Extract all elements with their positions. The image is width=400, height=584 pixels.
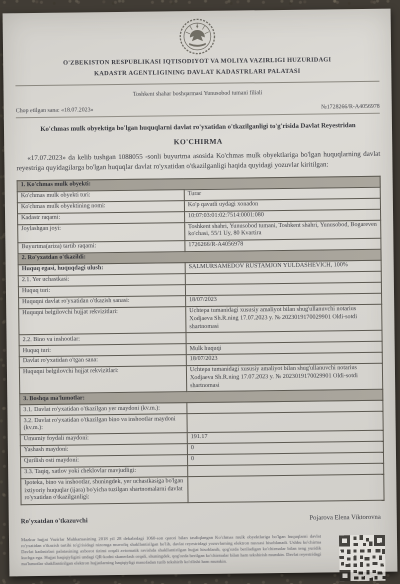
table-row: Ipoteka, bino va inshootlar, shuningdek,… bbox=[21, 474, 384, 505]
row-value: Uchtepa tumanidagi xususiy amaliyot bila… bbox=[186, 364, 382, 393]
header-divider bbox=[15, 81, 379, 86]
document-title: Ko'chmas mulk obyektiga bo'lgan huquqlar… bbox=[22, 121, 374, 135]
signature-row: Ro'yxatdan o'tkazuvchi Pojarova Elena Vi… bbox=[21, 514, 385, 525]
footer-block: Mazkur hujjat Vazirlar Mahkamasining 201… bbox=[21, 533, 386, 584]
uzbekistan-state-emblem-icon bbox=[178, 18, 215, 55]
legal-fine-print: Mazkur hujjat Vazirlar Mahkamasining 201… bbox=[21, 534, 322, 584]
row-value: Toshkent shahri, Yunusobod tumani, Toshk… bbox=[185, 220, 381, 241]
document-number: №1728266/R-A4056978 bbox=[321, 104, 380, 111]
ministry-title-line2: KADASTR AGENTLIGINING DAVLAT KADASTRLARI… bbox=[15, 67, 379, 78]
meta-divider bbox=[16, 113, 380, 118]
registrar-label: Ro'yxatdan o'tkazuvchi bbox=[21, 518, 88, 526]
document-page: O'ZBEKISTON RESPUBLIKASI IQTISODIYOT VA … bbox=[3, 9, 398, 577]
print-date: Chop etilgan sana: «18.07.2023» bbox=[16, 107, 94, 114]
row-label: 3.2. Davlat ro'yxatidan o'tkazilgan bino… bbox=[20, 414, 187, 435]
row-label: Joylashgan joyi: bbox=[18, 222, 185, 243]
document-title-kochirma: KO'CHIRMA bbox=[16, 135, 380, 148]
row-label: Ipoteka, bino va inshootlar, shuningdek,… bbox=[21, 477, 188, 505]
branch-office-line: Toshkent shahar boshqarmasi Yunusobod tu… bbox=[16, 89, 380, 99]
qr-code bbox=[339, 535, 386, 582]
intro-paragraph: «17.07.2023» da kelib tushgan 1088055 -s… bbox=[16, 150, 380, 174]
registry-table: 1. Ko'chmas mulk obyekti: Ko'chmas mulk … bbox=[17, 175, 385, 505]
registrar-name: Pojarova Elena Viktorovna bbox=[309, 514, 380, 522]
row-label: Huquqni belgilovchi hujjat rekvizitlari: bbox=[19, 307, 186, 335]
ministry-title-line1: O'ZBEKISTON RESPUBLIKASI IQTISODIYOT VA … bbox=[15, 56, 379, 67]
row-value bbox=[187, 412, 383, 433]
row-label: Huquqni belgilovchi hujjat rekvizitlari: bbox=[19, 366, 186, 394]
row-value: Uchtepa tumanidagi xususiy amaliyot bila… bbox=[186, 304, 382, 333]
row-value bbox=[188, 474, 384, 503]
